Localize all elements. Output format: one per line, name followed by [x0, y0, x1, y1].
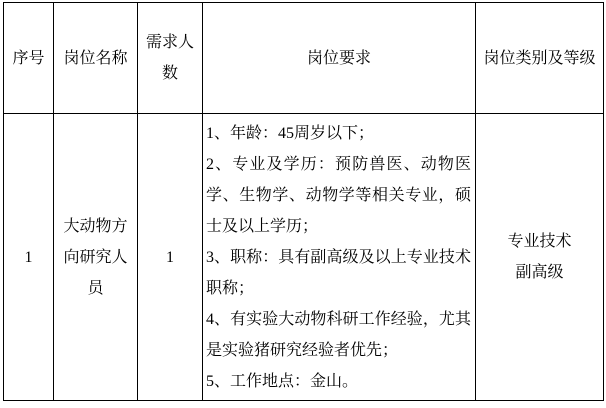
header-seq: 序号	[4, 3, 54, 114]
requirements-list: 1、年龄：45周岁以下；2、专业及学历：预防兽医、动物医学、生物学、动物学等相关…	[206, 118, 471, 397]
requirement-item: 3、职称：具有副高级及以上专业技术职称；	[206, 242, 471, 304]
cell-headcount: 1	[138, 114, 203, 401]
header-headcount: 需求人数	[138, 3, 203, 114]
cell-seq: 1	[4, 114, 54, 401]
table-row: 1 大动物方向研究人员 1 1、年龄：45周岁以下；2、专业及学历：预防兽医、动…	[4, 114, 604, 401]
header-category-level: 岗位类别及等级	[476, 3, 604, 114]
cell-position-name: 大动物方向研究人员	[54, 114, 138, 401]
header-position-name: 岗位名称	[54, 3, 138, 114]
cell-category-level: 专业技术 副高级	[476, 114, 604, 401]
requirement-item: 4、有实验大动物科研工作经验，尤其是实验猪研究经验者优先；	[206, 304, 471, 366]
page: 序号 岗位名称 需求人数 岗位要求 岗位类别及等级 1 大动物方向研究人员 1 …	[0, 0, 606, 408]
header-requirements: 岗位要求	[203, 3, 476, 114]
cell-requirements: 1、年龄：45周岁以下；2、专业及学历：预防兽医、动物医学、生物学、动物学等相关…	[203, 114, 476, 401]
header-row: 序号 岗位名称 需求人数 岗位要求 岗位类别及等级	[4, 3, 604, 114]
job-position-table: 序号 岗位名称 需求人数 岗位要求 岗位类别及等级 1 大动物方向研究人员 1 …	[3, 2, 604, 401]
requirement-item: 1、年龄：45周岁以下；	[206, 118, 471, 149]
requirement-item: 5、工作地点：金山。	[206, 366, 471, 397]
requirement-item: 2、专业及学历：预防兽医、动物医学、生物学、动物学等相关专业，硕士及以上学历；	[206, 149, 471, 242]
